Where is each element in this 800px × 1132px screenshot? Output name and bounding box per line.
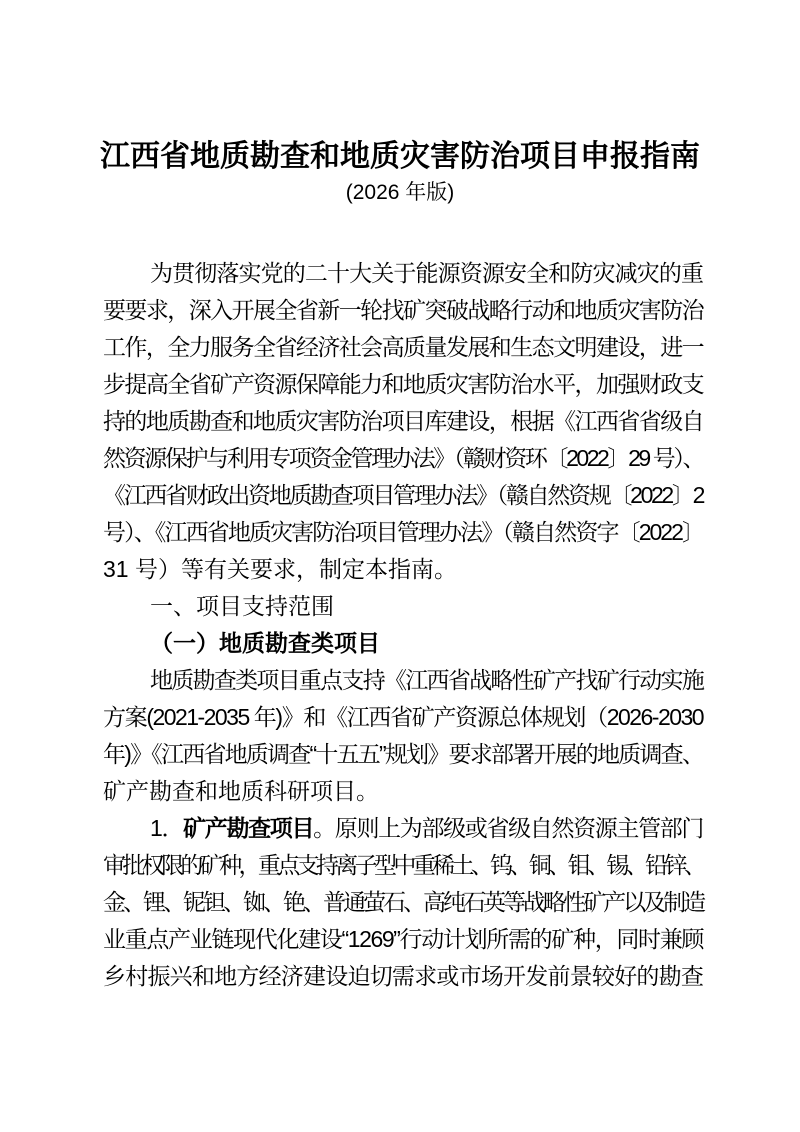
paragraph-line: 步提高全省矿产资源保障能力和地质灾害防治水平，加强财政支 <box>103 366 703 403</box>
paragraph-line: 乡村振兴和地方经济建设迫切需求或市场开发前景较好的勘查 <box>103 958 703 995</box>
section-heading: 一、项目支持范围 <box>103 588 703 625</box>
paragraph-line: 31 号）等有关要求，制定本指南。 <box>103 551 703 588</box>
text-run: 《江西省财政出资地质勘查项目管理办法》（赣自然资规〔2022〕2 <box>103 482 703 508</box>
text-run: 矿产勘查和地质科研项目。 <box>103 778 379 804</box>
paragraph-line: 方案(2021-2035 年)》和《江西省矿产资源总体规划（2026-2030 <box>103 699 703 736</box>
text-run: 金、锂、铌钽、铷、铯、普通萤石、高纯石英等战略性矿产以及制造 <box>103 889 703 915</box>
text-run: 业重点产业链现代化建设“1269”行动计划所需的矿种，同时兼顾 <box>103 926 703 952</box>
text-run: 方案(2021-2035 年)》和《江西省矿产资源总体规划（2026-2030 <box>103 704 703 730</box>
text-run: 一、项目支持范围 <box>150 593 334 619</box>
text-run: 然资源保护与利用专项资金管理办法》（赣财资环〔2022〕29 号）、 <box>103 445 703 471</box>
text-run: 乡村振兴和地方经济建设迫切需求或市场开发前景较好的勘查 <box>103 963 703 989</box>
paragraph-line: 金、锂、铌钽、铷、铯、普通萤石、高纯石英等战略性矿产以及制造 <box>103 884 703 921</box>
text-run: 年)》《江西省地质调查“十五五”规划》要求部署开展的地质调查、 <box>103 741 703 767</box>
text-run: 号）、《江西省地质灾害防治项目管理办法》（赣自然资字〔2022〕 <box>103 519 703 545</box>
paragraph-line: 《江西省财政出资地质勘查项目管理办法》（赣自然资规〔2022〕2 <box>103 477 703 514</box>
document-subtitle-text: (2026 年版) <box>346 181 455 204</box>
numbered-item-line: 1．矿产勘查项目。原则上为部级或省级自然资源主管部门 <box>103 810 703 847</box>
paragraph-line: 矿产勘查和地质科研项目。 <box>103 773 703 810</box>
text-run: 地质勘查类项目重点支持《江西省战略性矿产找矿行动实施 <box>150 667 703 693</box>
document-title-text: 江西省地质勘查和地质灾害防治项目申报指南 <box>100 140 700 173</box>
text-run: （一）地质勘查类项目 <box>150 630 380 656</box>
paragraph-line: 年)》《江西省地质调查“十五五”规划》要求部署开展的地质调查、 <box>103 736 703 773</box>
paragraph-line: 然资源保护与利用专项资金管理办法》（赣财资环〔2022〕29 号）、 <box>103 440 703 477</box>
paragraph-line: 要要求，深入开展全省新一轮找矿突破战略行动和地质灾害防治 <box>103 292 703 329</box>
text-run: 审批权限的矿种，重点支持离子型中重稀土、钨、铜、钼、锡、铅锌、 <box>103 852 703 878</box>
paragraph-line: 为贯彻落实党的二十大关于能源资源安全和防灾减灾的重 <box>103 255 703 292</box>
text-run: 为贯彻落实党的二十大关于能源资源安全和防灾减灾的重 <box>150 260 703 286</box>
paragraph-line: 业重点产业链现代化建设“1269”行动计划所需的矿种，同时兼顾 <box>103 921 703 958</box>
paragraph-line: 审批权限的矿种，重点支持离子型中重稀土、钨、铜、钼、锡、铅锌、 <box>103 847 703 884</box>
paragraph-line: 地质勘查类项目重点支持《江西省战略性矿产找矿行动实施 <box>103 662 703 699</box>
text-run: 工作，全力服务全省经济社会高质量发展和生态文明建设，进一 <box>103 334 703 360</box>
text-run: 要要求，深入开展全省新一轮找矿突破战略行动和地质灾害防治 <box>103 297 703 323</box>
paragraph-line: 工作，全力服务全省经济社会高质量发展和生态文明建设，进一 <box>103 329 703 366</box>
document-body: 为贯彻落实党的二十大关于能源资源安全和防灾减灾的重要要求，深入开展全省新一轮找矿… <box>103 255 703 995</box>
document-title: 江西省地质勘查和地质灾害防治项目申报指南 <box>100 136 700 178</box>
text-run: 矿产勘查项目 <box>183 815 313 841</box>
text-run: 1． <box>150 815 183 841</box>
text-run: 持的地质勘查和地质灾害防治项目库建设，根据《江西省省级自 <box>103 408 703 434</box>
paragraph-line: 号）、《江西省地质灾害防治项目管理办法》（赣自然资字〔2022〕 <box>103 514 703 551</box>
document-page: 江西省地质勘查和地质灾害防治项目申报指南 (2026 年版) 为贯彻落实党的二十… <box>0 0 800 1132</box>
paragraph-line: 持的地质勘查和地质灾害防治项目库建设，根据《江西省省级自 <box>103 403 703 440</box>
text-run: 步提高全省矿产资源保障能力和地质灾害防治水平，加强财政支 <box>103 371 703 397</box>
subsection-heading: （一）地质勘查类项目 <box>103 625 703 662</box>
document-subtitle: (2026 年版) <box>100 178 700 208</box>
text-run: 。原则上为部级或省级自然资源主管部门 <box>313 815 703 841</box>
text-run: 31 号）等有关要求，制定本指南。 <box>103 556 457 582</box>
